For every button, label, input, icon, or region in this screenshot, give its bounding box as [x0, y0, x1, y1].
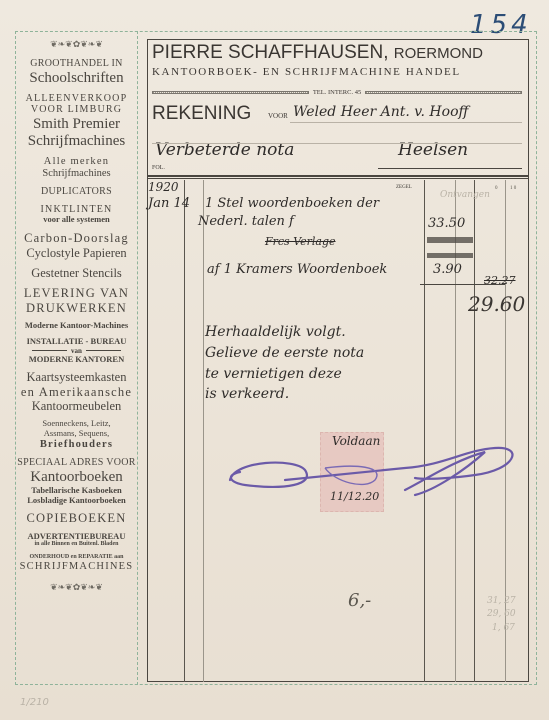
ruled-line: [152, 143, 522, 144]
faint-received-note: Ontvangen: [440, 190, 490, 200]
sidebar-line: DUPLICATORS: [16, 186, 137, 198]
sidebar-line: SCHRIJFMACHINES: [16, 561, 137, 573]
telephone-row: TEL. INTERC. 45: [152, 87, 522, 97]
zegel-col-1: 1 0: [510, 186, 516, 191]
sidebar-line: ADVERTENTIEBUREAU: [16, 532, 137, 542]
column-divider: [184, 180, 185, 682]
company-subtitle: KANTOORBOEK- EN SCHRIJFMACHINE HANDEL: [152, 66, 461, 78]
sidebar-line: Kantoormeubelen: [16, 399, 137, 413]
sidebar-line: Schrijfmachines: [16, 168, 137, 180]
sidebar-line: LEVERING VAN: [16, 286, 137, 300]
line-item-amount: 33.50: [428, 216, 465, 231]
struck-amount: [427, 237, 473, 243]
year-handwritten: 1920: [148, 180, 179, 194]
sidebar-line: in alle Binnen en Buitenl. Bladen: [16, 541, 137, 548]
pencil-calc: 1, 67: [492, 623, 515, 633]
column-divider: [505, 180, 506, 682]
invoice-total: 29.60: [468, 292, 525, 316]
column-divider: [203, 180, 204, 682]
sidebar-line: Kantoorboeken: [16, 469, 137, 486]
sidebar-line: Carbon-Doorslag: [16, 231, 137, 245]
sidebar-line: Briefhouders: [16, 439, 137, 451]
recipient-line: [290, 122, 522, 123]
decorative-bar: [365, 91, 522, 94]
sidebar-line: Schrijfmachines: [16, 133, 137, 150]
remark-line: te vernietigen deze: [205, 366, 342, 382]
zegel-label: ZEGEL: [396, 185, 412, 190]
remark-line: Herhaaldelijk volgt.: [205, 324, 346, 340]
struck-amount: [427, 253, 473, 258]
line-item-description: 1 Stel woordenboeken der: [205, 196, 379, 211]
place-line: [378, 168, 522, 169]
sidebar-line: Cyclostyle Papieren: [16, 246, 137, 260]
pencil-note: 6,-: [348, 590, 371, 611]
recipient-handwritten: Weled Heer Ant. v. Hooff: [293, 104, 468, 120]
paid-date-handwritten: 11/12.20: [330, 490, 379, 503]
sidebar-line: VOOR LIMBURG: [16, 104, 137, 116]
invoice-label: REKENING: [152, 103, 251, 125]
remark-line: Gelieve de eerste nota: [205, 345, 364, 361]
sidebar-line: ALLEENVERKOOP: [16, 93, 137, 105]
struck-subtotal: 32.27: [484, 274, 516, 287]
sidebar-line: INSTALLATIE - BUREAU: [16, 337, 137, 347]
sidebar-line: COPIEBOEKEN: [16, 511, 137, 525]
company-city: ROERMOND: [394, 45, 483, 62]
sidebar-line: GROOTHANDEL IN: [16, 58, 137, 70]
sidebar-line: Moderne Kantoor-Machines: [16, 321, 137, 331]
sidebar-line: Kaartsysteemkasten: [16, 370, 137, 384]
ornament-bottom-icon: ❦❧❦✿❦❧❦: [16, 581, 137, 595]
company-name: PIERRE SCHAFFHAUSEN, ROERMOND: [152, 42, 483, 64]
pencil-calc: 29, 60: [487, 609, 516, 619]
sidebar-divider: [137, 31, 138, 685]
date-handwritten: Jan 14: [148, 196, 190, 211]
sidebar-line: SPECIAAL ADRES VOOR: [16, 457, 137, 469]
advertising-sidebar: ❦❧❦✿❦❧❦ GROOTHANDEL IN Schoolschriften A…: [16, 32, 137, 684]
sidebar-line: Alle merken: [16, 156, 137, 168]
sidebar-line: en Amerikaansche: [16, 385, 137, 399]
ornament-top-icon: ❦❧❦✿❦❧❦: [16, 38, 137, 52]
zegel-col-0: 0: [495, 186, 498, 191]
company-name-text: PIERRE SCHAFFHAUSEN,: [152, 42, 388, 63]
archive-note: 1/210: [20, 697, 49, 708]
sidebar-line: Losbladige Kantoorboeken: [16, 496, 137, 506]
telephone-number: TEL. INTERC. 45: [313, 89, 361, 96]
table-header-rule: [148, 175, 528, 179]
voor-label: VOOR: [268, 112, 288, 120]
sidebar-line: Assmans, Sequens,: [16, 429, 137, 439]
line-item-description: af 1 Kramers Woordenboek: [207, 262, 387, 277]
struck-line-item: Frcs Verlage: [265, 235, 336, 248]
sidebar-line: Smith Premier: [16, 116, 137, 133]
fol-label: FOL.: [152, 165, 165, 171]
sidebar-line: Gestetner Stencils: [16, 266, 137, 280]
line-item-amount: 3.90: [433, 262, 462, 277]
column-divider: [474, 180, 475, 682]
sidebar-line: MODERNE KANTOREN: [16, 355, 137, 365]
column-divider: [424, 180, 425, 682]
sidebar-line: DRUKWERKEN: [16, 301, 137, 315]
decorative-bar: [152, 91, 309, 94]
sidebar-line: voor alle systemen: [16, 215, 137, 225]
pencil-calc: 31, 27: [487, 596, 516, 606]
line-item-description: Nederl. talen f: [198, 214, 294, 229]
remark-line: is verkeerd.: [205, 386, 289, 402]
sidebar-line: Schoolschriften: [16, 70, 137, 87]
sidebar-line: ONDERHOUD en REPARATIE aan: [16, 554, 137, 561]
